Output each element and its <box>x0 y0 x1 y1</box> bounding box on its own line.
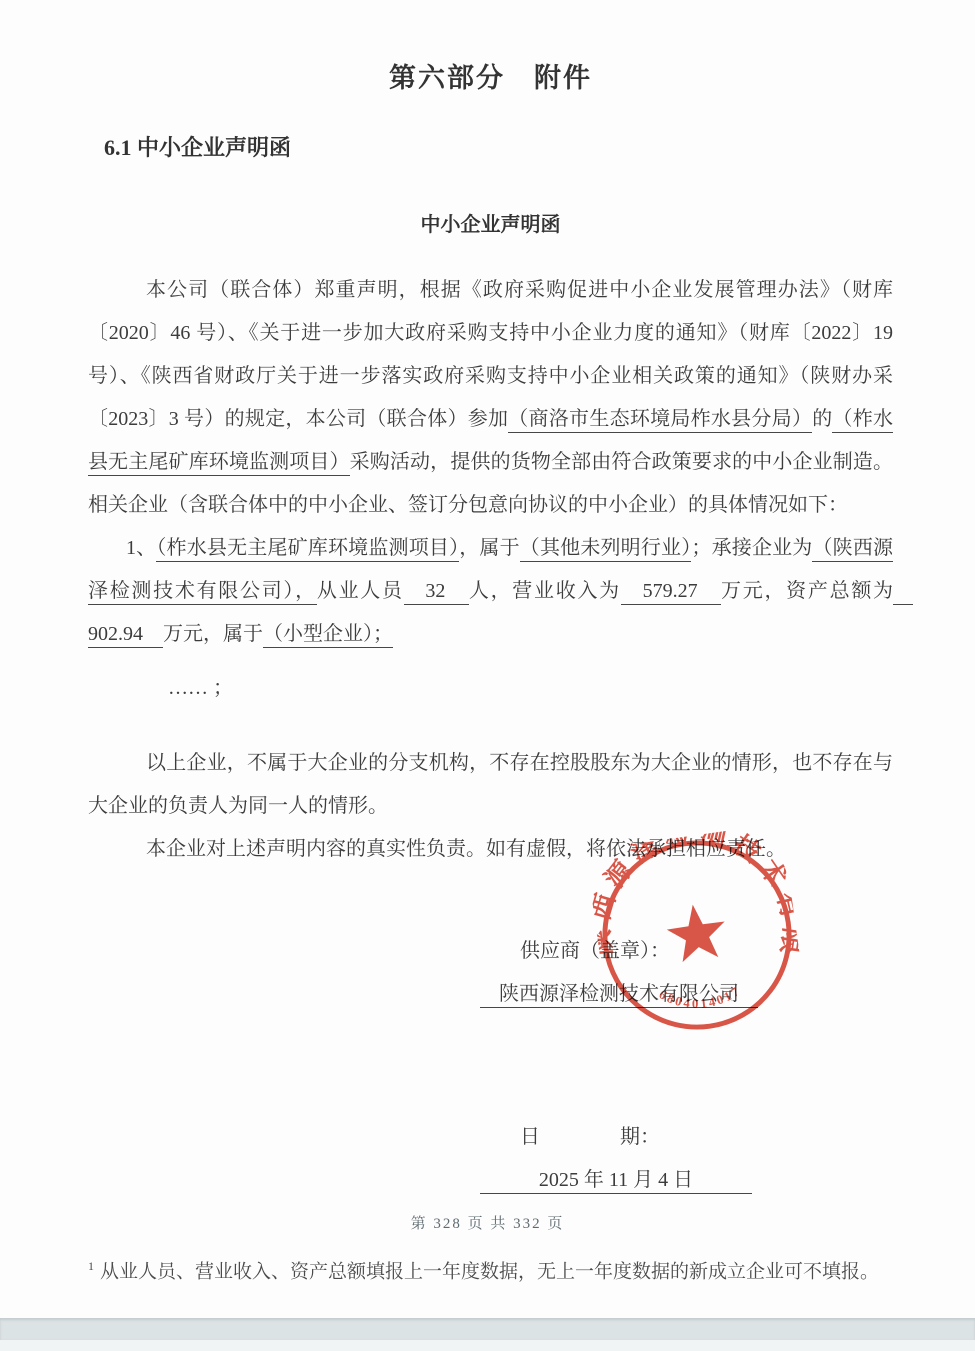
paragraph-no-affiliation: 以上企业，不属于大企业的分支机构，不存在控股股东为大企业的情形，也不存在与大企业… <box>88 742 893 828</box>
bottom-bar <box>0 1318 975 1340</box>
supplier-name-value: 陕西源泽检测技术有限公司 <box>480 981 758 1008</box>
underlined-text-segment: （商洛市生态环境局柞水县分局） <box>508 408 812 433</box>
supplier-label: 供应商（盖章）： <box>520 940 670 962</box>
page-number-footer: 第 328 页 共 332 页 <box>0 1212 975 1233</box>
text-segment: 从业人员 <box>317 580 404 602</box>
bottom-strip <box>0 1340 975 1351</box>
supplier-line: 供应商（盖章）：陕西源泽检测技术有限公司 <box>480 887 893 1059</box>
text-segment: ；承接企业为 <box>691 537 812 559</box>
page-content: 第六部分 附件 6.1 中小企业声明函 中小企业声明函 本公司（联合体）郑重声明… <box>0 56 975 1293</box>
date-label: 日 期： <box>520 1126 660 1148</box>
text-segment: ，属于 <box>459 537 520 559</box>
underlined-text-segment: （柞水县无主尾矿库环境监测项目） <box>156 537 459 562</box>
text-segment: 万元，属于 <box>163 623 263 645</box>
underlined-text-segment: 32 <box>404 580 469 605</box>
letter-title: 中小企业声明函 <box>88 208 893 237</box>
text-segment: 万元，资产总额为 <box>721 580 893 602</box>
paragraph-item1: 1、（柞水县无主尾矿库环境监测项目），属于（其他未列明行业）；承接企业为（陕西源… <box>88 527 893 656</box>
part-title: 第六部分 附件 <box>88 56 893 95</box>
paragraph-intro: 本公司（联合体）郑重声明，根据《政府采购促进中小企业发展管理办法》（财库〔202… <box>88 269 893 527</box>
section-heading: 6.1 中小企业声明函 <box>104 131 893 162</box>
underlined-text-segment: （其他未列明行业） <box>520 537 692 562</box>
text-segment: 以上企业，不属于大企业的分支机构，不存在控股股东为大企业的情形，也不存在与大企业… <box>88 752 893 817</box>
paragraph-responsibility: 本企业对上述声明内容的真实性负责。如有虚假，将依法承担相应责任。 <box>88 828 893 871</box>
text-segment: …… ； <box>168 677 233 699</box>
text-segment: 本企业对上述声明内容的真实性负责。如有虚假，将依法承担相应责任。 <box>146 838 786 860</box>
signature-block: 供应商（盖章）：陕西源泽检测技术有限公司 日 期：2025 年 11 月 4 日 <box>480 887 893 1245</box>
underlined-text-segment: 579.27 <box>621 580 721 605</box>
text-segment: 的 <box>812 408 832 430</box>
text-segment: 1、 <box>126 537 156 559</box>
paragraph-ellipsis: …… ； <box>88 667 893 710</box>
footnote-text: 从业人员、营业收入、资产总额填报上一年度数据，无上一年度数据的新成立企业可不填报… <box>100 1261 879 1282</box>
text-segment: 人，营业收入为 <box>469 580 621 602</box>
date-value: 2025 年 11 月 4 日 <box>480 1167 752 1194</box>
footnote-marker: 1 <box>88 1259 94 1273</box>
underlined-text-segment: （小型企业）； <box>263 623 393 648</box>
document-page: 第六部分 附件 6.1 中小企业声明函 中小企业声明函 本公司（联合体）郑重声明… <box>0 0 975 1351</box>
footnote: 1从业人员、营业收入、资产总额填报上一年度数据，无上一年度数据的新成立企业可不填… <box>88 1245 893 1293</box>
